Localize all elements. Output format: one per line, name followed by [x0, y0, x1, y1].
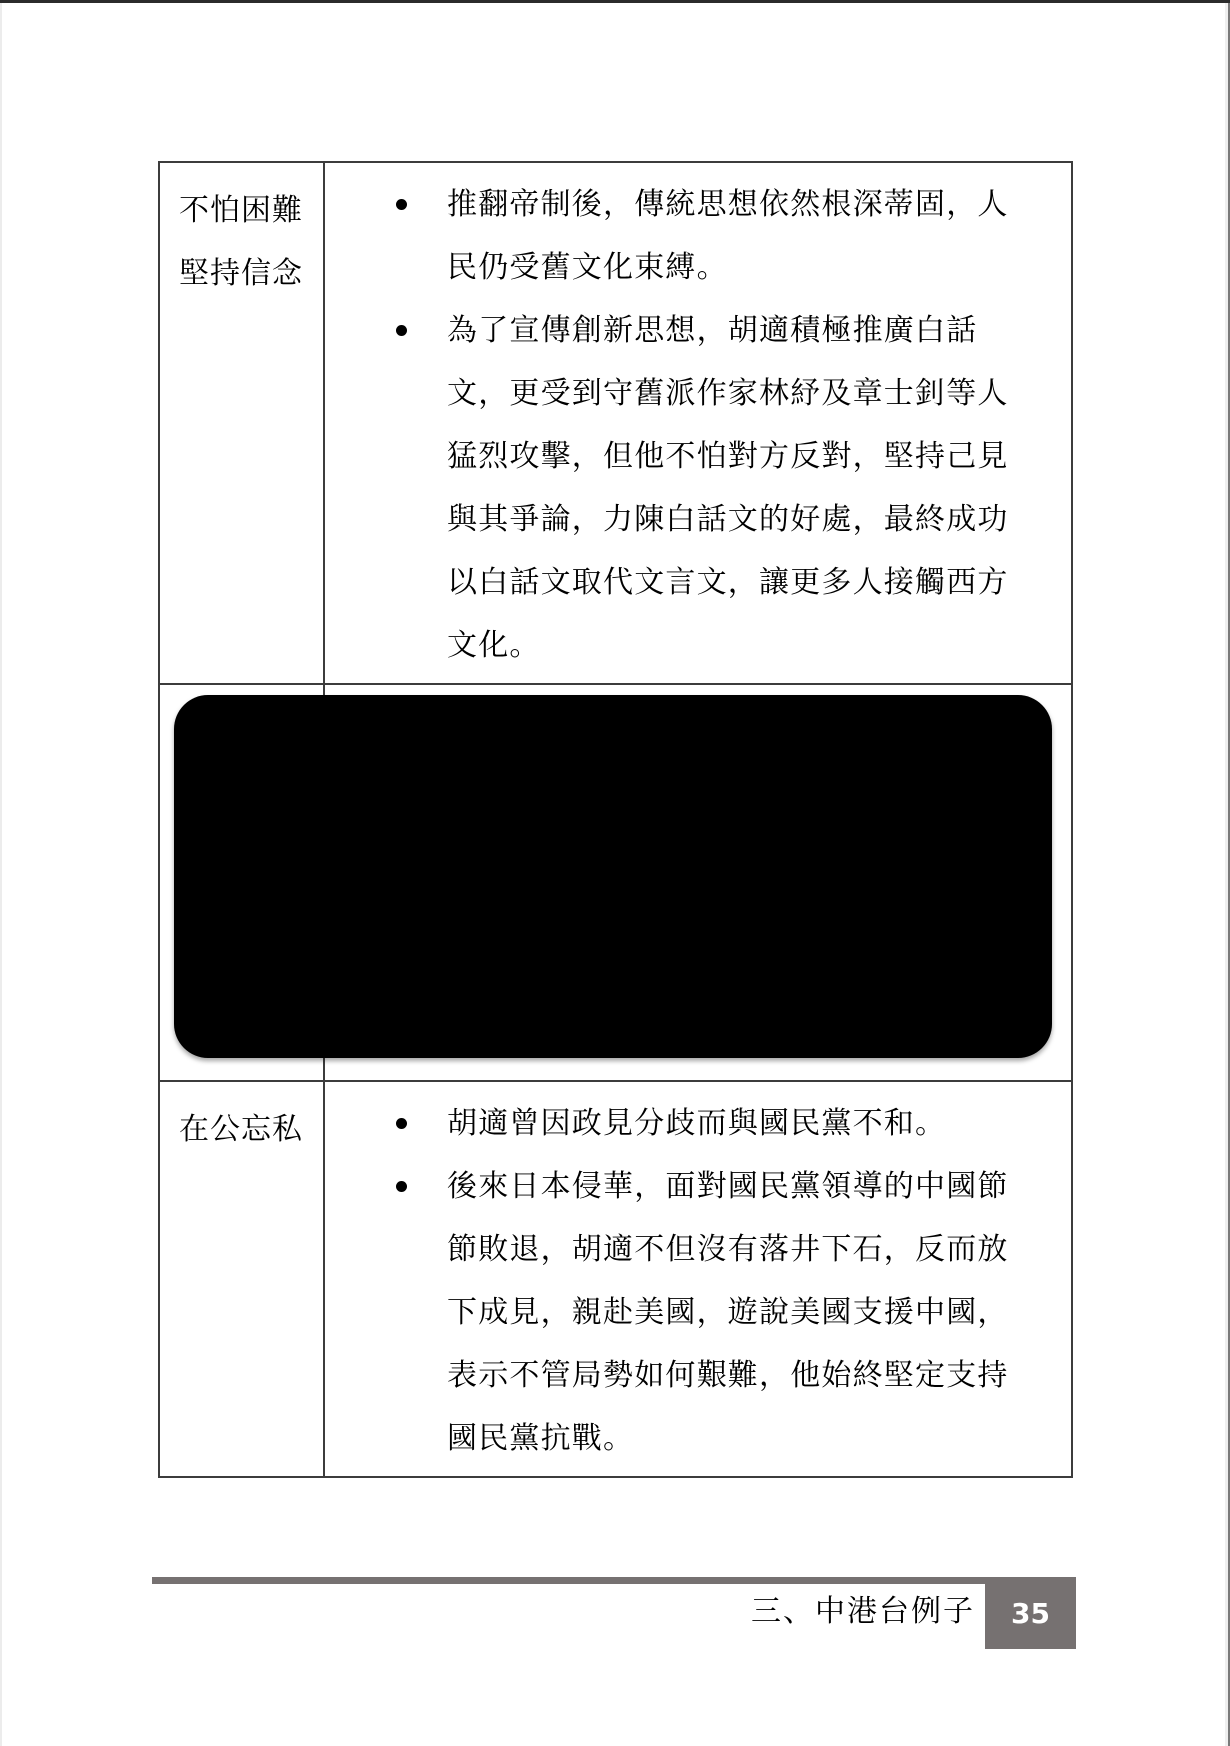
row-label-line: 在公忘私	[179, 1098, 323, 1161]
bullet-icon	[396, 199, 407, 210]
list-item: 推翻帝制後，傳統思想依然根深蒂固，人民仍受舊文化束縛。	[325, 173, 1031, 299]
row-body: 胡適曾因政見分歧而與國民黨不和。 後來日本侵華，面對國民黨領導的中國節節敗退，胡…	[325, 1082, 1071, 1476]
list-item: 為了宣傳創新思想，胡適積極推廣白話文，更受到守舊派作家林紓及章士釗等人猛烈攻擊，…	[325, 299, 1031, 677]
bullet-icon	[396, 325, 407, 336]
bullet-text: 胡適曾因政見分歧而與國民黨不和。	[447, 1106, 946, 1141]
page-left-edge	[0, 3, 2, 1746]
window-top-bar	[0, 0, 1230, 3]
list-item: 胡適曾因政見分歧而與國民黨不和。	[325, 1092, 1031, 1155]
table-row: 在公忘私 胡適曾因政見分歧而與國民黨不和。 後來日本侵華，面對國民黨領導的中國節…	[160, 1080, 1071, 1476]
row-body: 推翻帝制後，傳統思想依然根深蒂固，人民仍受舊文化束縛。 為了宣傳創新思想，胡適積…	[325, 163, 1071, 683]
table-row: 不怕困難 堅持信念 推翻帝制後，傳統思想依然根深蒂固，人民仍受舊文化束縛。 為了…	[160, 163, 1071, 683]
row-label: 不怕困難 堅持信念	[160, 163, 325, 683]
redacted-block	[174, 695, 1052, 1058]
bullet-text: 為了宣傳創新思想，胡適積極推廣白話文，更受到守舊派作家林紓及章士釗等人猛烈攻擊，…	[447, 313, 1009, 663]
bullet-icon	[396, 1181, 407, 1192]
row-label-line: 堅持信念	[179, 242, 323, 305]
list-item: 後來日本侵華，面對國民黨領導的中國節節敗退，胡適不但沒有落井下石，反而放下成見，…	[325, 1155, 1031, 1470]
content-table: 不怕困難 堅持信念 推翻帝制後，傳統思想依然根深蒂固，人民仍受舊文化束縛。 為了…	[158, 161, 1073, 1478]
footer-section-title: 三、中港台例子	[751, 1590, 975, 1634]
page-number: 35	[1011, 1597, 1050, 1630]
bullet-icon	[396, 1118, 407, 1129]
footer-rule	[152, 1577, 1076, 1584]
row-label-line: 不怕困難	[179, 179, 323, 242]
bullet-text: 後來日本侵華，面對國民黨領導的中國節節敗退，胡適不但沒有落井下石，反而放下成見，…	[447, 1169, 1009, 1456]
page-number-badge: 35	[985, 1577, 1076, 1649]
row-label: 在公忘私	[160, 1082, 325, 1476]
bullet-text: 推翻帝制後，傳統思想依然根深蒂固，人民仍受舊文化束縛。	[447, 187, 1009, 285]
table-row	[160, 683, 1071, 1080]
